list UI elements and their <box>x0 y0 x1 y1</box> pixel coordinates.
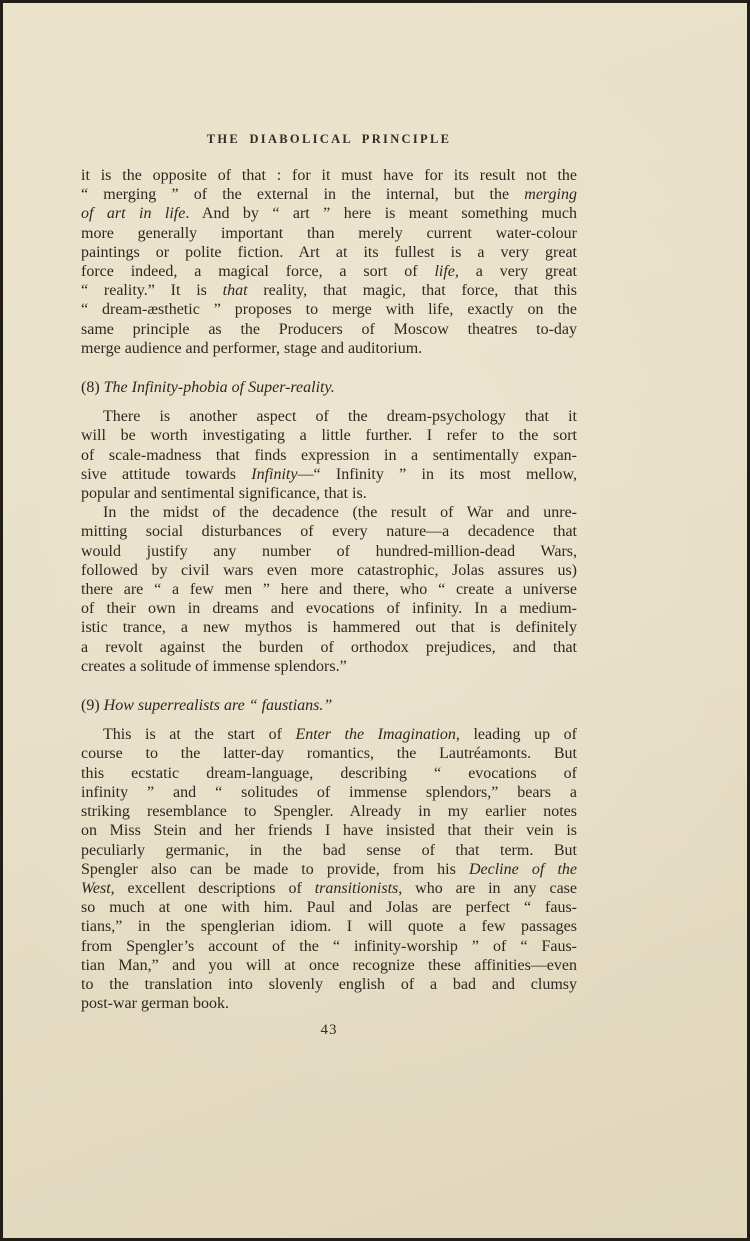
text-line: this ecstatic dream-language, describing… <box>81 764 577 783</box>
text-line: istic trance, a new mythos is hammered o… <box>81 618 577 637</box>
body-paragraph: In the midst of the decadence (the resul… <box>81 503 577 676</box>
body-paragraph: it is the opposite of that : for it must… <box>81 166 577 358</box>
section-heading: (9) How superrealists are “ faustians.” <box>81 696 577 715</box>
text-line: This is at the start of Enter the Imagin… <box>81 725 577 744</box>
text-line: “ merging ” of the external in the inter… <box>81 185 577 204</box>
text-line: tians,” in the spenglerian idiom. I will… <box>81 917 577 936</box>
text-line: (8) The Infinity-phobia of Super-reality… <box>81 378 577 397</box>
text-line: course to the latter-day romantics, the … <box>81 744 577 763</box>
text-line: Spengler also can be made to provide, fr… <box>81 860 577 879</box>
text-line: striking resemblance to Spengler. Alread… <box>81 802 577 821</box>
text-line: popular and sentimental significance, th… <box>81 484 577 503</box>
text-line: it is the opposite of that : for it must… <box>81 166 577 185</box>
page-number: 43 <box>81 1022 577 1039</box>
text-line: merge audience and performer, stage and … <box>81 339 577 358</box>
text-line: West, excellent descriptions of transiti… <box>81 879 577 898</box>
text-line: of art in life. And by “ art ” here is m… <box>81 204 577 223</box>
text-line: a revolt against the burden of orthodox … <box>81 638 577 657</box>
body-paragraph: This is at the start of Enter the Imagin… <box>81 725 577 1013</box>
text-line: (9) How superrealists are “ faustians.” <box>81 696 577 715</box>
text-line: of scale-madness that finds expression i… <box>81 446 577 465</box>
text-line: post-war german book. <box>81 994 577 1013</box>
text-line: mitting social disturbances of every nat… <box>81 522 577 541</box>
text-line: so much at one with him. Paul and Jolas … <box>81 898 577 917</box>
text-line: paintings or polite fiction. Art at its … <box>81 243 577 262</box>
text-line: there are “ a few men ” here and there, … <box>81 580 577 599</box>
text-line: “ dream-æsthetic ” proposes to merge wit… <box>81 300 577 319</box>
text-line: force indeed, a magical force, a sort of… <box>81 262 577 281</box>
text-line: creates a solitude of immense splendors.… <box>81 657 577 676</box>
text-line: would justify any number of hundred-mill… <box>81 542 577 561</box>
text-line: of their own in dreams and evocations of… <box>81 599 577 618</box>
text-line: tian Man,” and you will at once recogniz… <box>81 956 577 975</box>
text-line: “ reality.” It is that reality, that mag… <box>81 281 577 300</box>
text-line: In the midst of the decadence (the resul… <box>81 503 577 522</box>
running-header: THE DIABOLICAL PRINCIPLE <box>81 132 577 147</box>
text-line: more generally important than merely cur… <box>81 224 577 243</box>
text-line: There is another aspect of the dream-psy… <box>81 407 577 426</box>
text-line: will be worth investigating a little fur… <box>81 426 577 445</box>
text-line: to the translation into slovenly english… <box>81 975 577 994</box>
body-paragraph: There is another aspect of the dream-psy… <box>81 407 577 503</box>
text-line: on Miss Stein and her friends I have ins… <box>81 821 577 840</box>
text-line: followed by civil wars even more catastr… <box>81 561 577 580</box>
text-line: same principle as the Producers of Mosco… <box>81 320 577 339</box>
scanned-book-page: THE DIABOLICAL PRINCIPLE it is the oppos… <box>0 0 750 1241</box>
text-line: infinity ” and “ solitudes of immense sp… <box>81 783 577 802</box>
text-line: sive attitude towards Infinity—“ Infinit… <box>81 465 577 484</box>
page-body: it is the opposite of that : for it must… <box>81 166 577 1013</box>
text-line: from Spengler’s account of the “ infinit… <box>81 937 577 956</box>
section-heading: (8) The Infinity-phobia of Super-reality… <box>81 378 577 397</box>
text-column: THE DIABOLICAL PRINCIPLE it is the oppos… <box>81 3 577 1238</box>
text-line: peculiarly germanic, in the bad sense of… <box>81 841 577 860</box>
